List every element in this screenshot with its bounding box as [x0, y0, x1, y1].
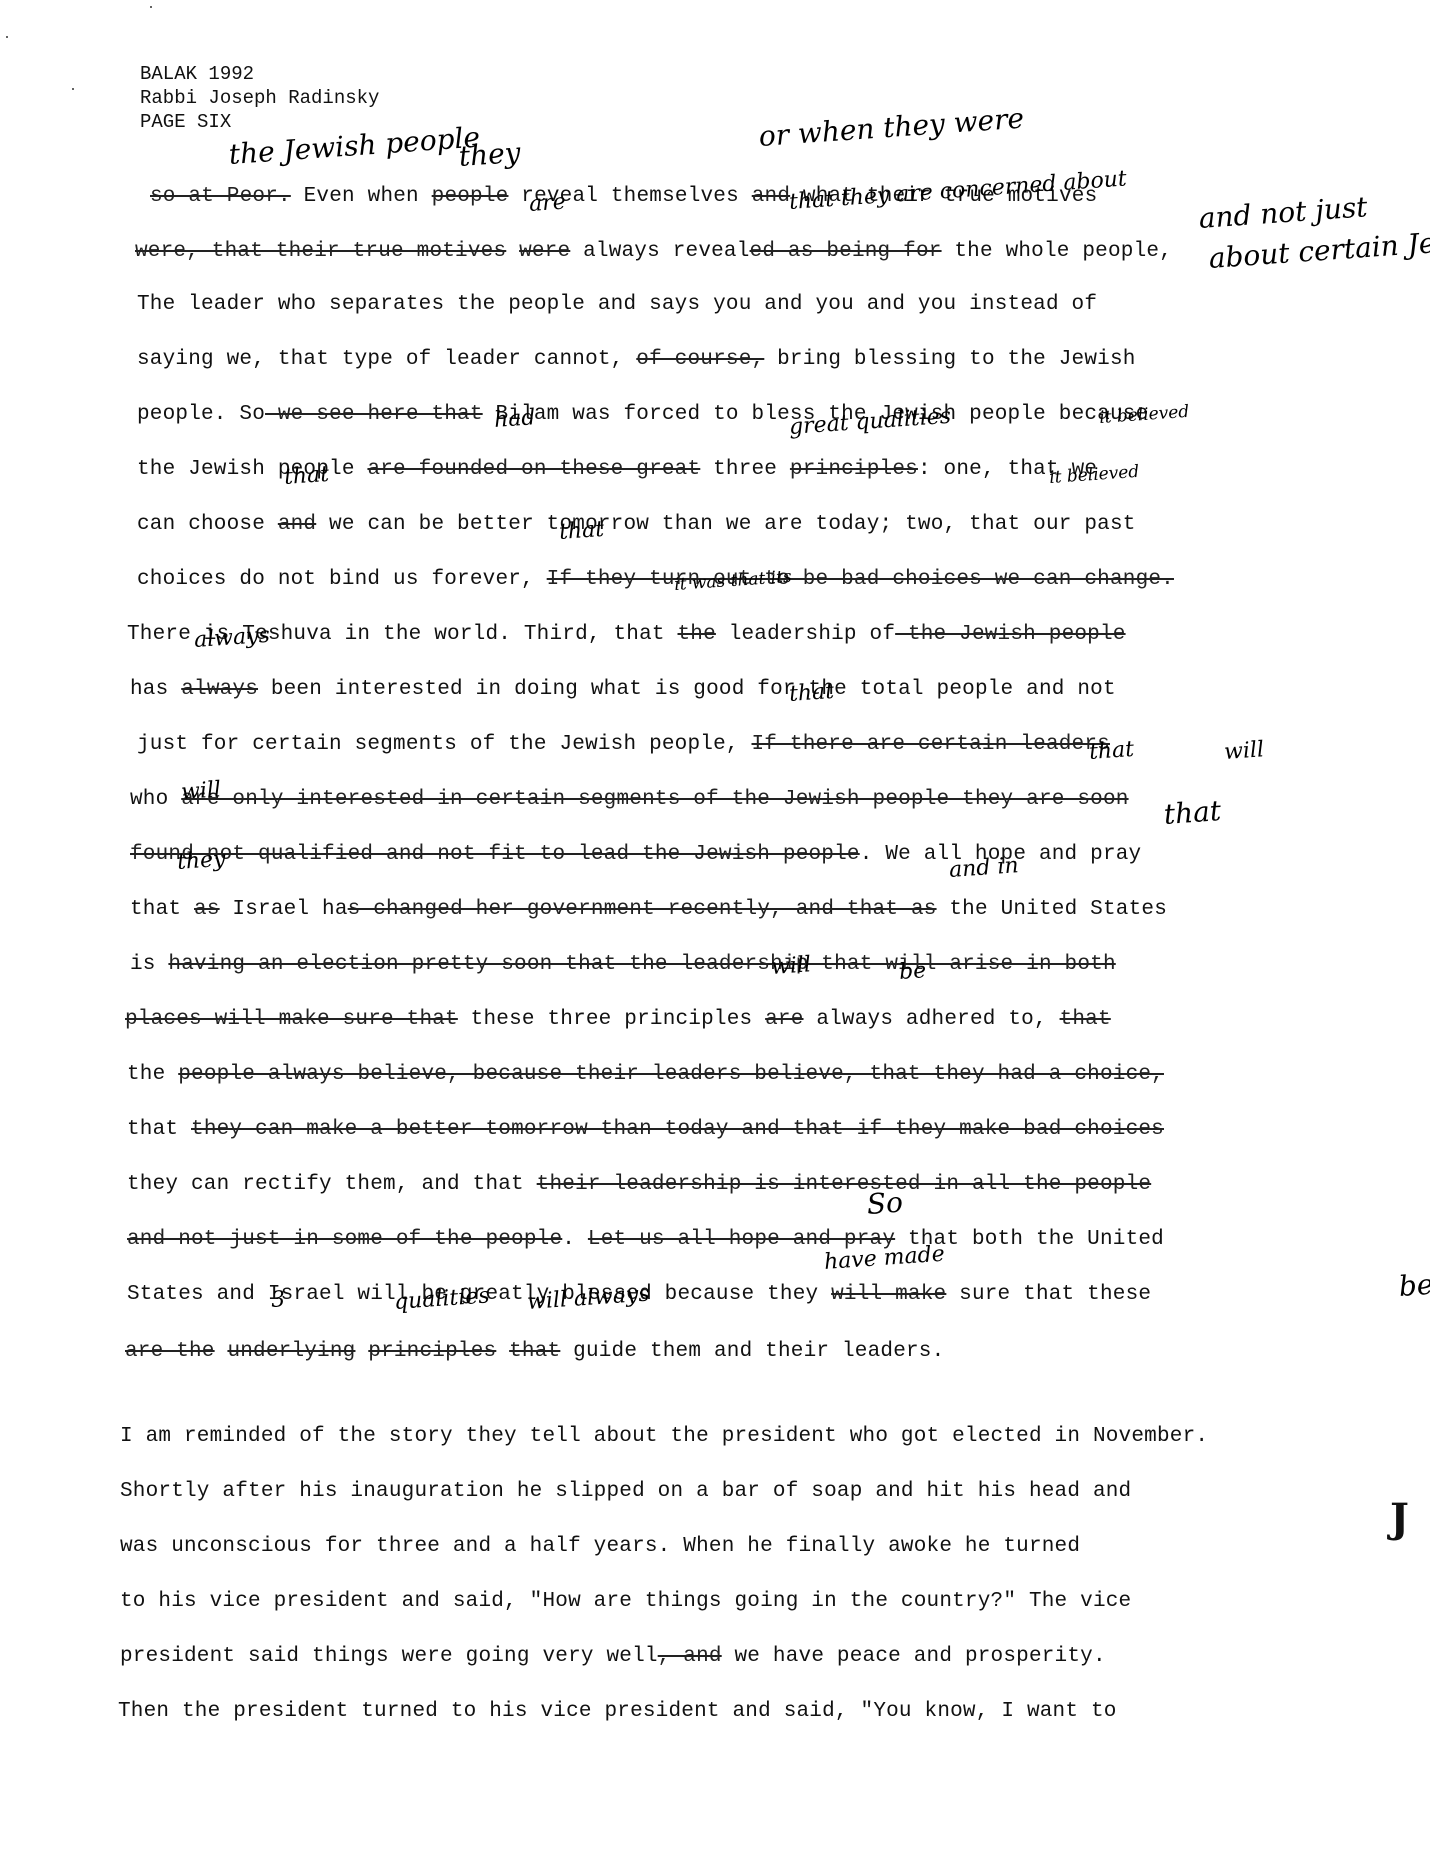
handwritten-note: will: [770, 952, 812, 980]
struck-text: underlying: [227, 1340, 355, 1363]
typed-text: always reveal: [570, 240, 749, 263]
typed-text: The leader who separates the people and …: [137, 293, 1097, 316]
handwritten-note: had: [493, 405, 536, 433]
typed-text: the Jewish people: [137, 458, 367, 481]
handwritten-note: So: [866, 1186, 904, 1221]
typed-text: who: [130, 788, 181, 811]
struck-text: ed as being for: [750, 240, 942, 263]
text-line: the people always believe, because their…: [127, 1063, 1164, 1086]
text-line: saying we, that type of leader cannot, o…: [137, 348, 1136, 371]
handwritten-note: that: [1088, 737, 1135, 765]
typed-text: [496, 1340, 509, 1363]
typed-text: choices do not bind us forever,: [137, 568, 547, 591]
text-line: has always been interested in doing what…: [130, 678, 1116, 701]
text-line: just for certain segments of the Jewish …: [137, 733, 1110, 756]
struck-text: s changed her government recently, and t…: [348, 898, 937, 921]
typed-text: Shortly after his inauguration he slippe…: [120, 1480, 1131, 1503]
typed-text: bring blessing to the Jewish: [764, 348, 1135, 371]
text-line: president said things were going very we…: [120, 1645, 1106, 1668]
typed-text: always adhered to,: [804, 1008, 1060, 1031]
typed-text: guide them and their leaders.: [560, 1340, 944, 1363]
struck-text: and not just in some of the people: [127, 1228, 562, 1251]
handwritten-note: qualities: [393, 1283, 490, 1315]
struck-text: found not qualified and not fit to lead …: [130, 843, 860, 866]
struck-text: we see here that: [265, 403, 483, 426]
text-line: places will make sure that these three p…: [125, 1008, 1111, 1031]
typed-text: president said things were going very we…: [120, 1645, 658, 1668]
typed-text: the: [127, 1063, 178, 1086]
struck-text: always: [181, 678, 258, 701]
typed-text: .: [562, 1228, 588, 1251]
text-line: can choose and we can be better tomorrow…: [137, 513, 1136, 536]
struck-text: places will make sure that: [125, 1008, 458, 1031]
text-line: and not just in some of the people. Let …: [127, 1228, 1164, 1251]
typed-text: just for certain segments of the Jewish …: [137, 733, 752, 756]
text-line: There is Teshuva in the world. Third, th…: [127, 623, 1126, 646]
struck-text: the Jewish people: [895, 623, 1125, 646]
handwritten-note: and not just: [1198, 190, 1369, 235]
struck-text: having an election pretty soon that the …: [168, 953, 1115, 976]
typed-text: saying we, that type of leader cannot,: [137, 348, 636, 371]
typed-text: that: [127, 1118, 191, 1141]
typed-text: been interested in doing what is good fo…: [258, 678, 1116, 701]
handwritten-note: always: [193, 623, 270, 653]
typed-text: these three principles: [458, 1008, 765, 1031]
struck-text: of course,: [636, 348, 764, 371]
text-line: people. So we see here that Bilam was fo…: [137, 403, 1148, 426]
text-line: were, that their true motives were alway…: [135, 240, 1172, 263]
struck-text: that: [509, 1340, 560, 1363]
typed-text: Then the president turned to his vice pr…: [118, 1700, 1117, 1723]
handwritten-note: and in: [948, 853, 1019, 883]
text-line: Shortly after his inauguration he slippe…: [120, 1480, 1131, 1503]
struck-text: , and: [658, 1645, 722, 1668]
struck-text: If there are certain leaders: [752, 733, 1110, 756]
text-line: are the underlying principles that guide…: [125, 1340, 944, 1363]
handwritten-note: will: [1223, 737, 1265, 765]
handwritten-note: 3: [270, 1287, 286, 1313]
handwritten-note: be: [898, 958, 927, 985]
author-name: Rabbi Joseph Radinsky: [140, 86, 379, 110]
struck-text: are founded on these great: [367, 458, 700, 481]
handwritten-note: that: [1163, 794, 1222, 831]
text-line: who are only interested in certain segme…: [130, 788, 1129, 811]
struck-text: are only interested in certain segments …: [181, 788, 1128, 811]
struck-text: were: [519, 240, 570, 263]
struck-text: If they turn out to be bad choices we ca…: [547, 568, 1174, 591]
text-line: The leader who separates the people and …: [137, 293, 1097, 316]
struck-text: people: [432, 185, 509, 208]
struck-text: so at Peor.: [150, 185, 291, 208]
typed-text: that: [130, 898, 194, 921]
typed-text: has: [130, 678, 181, 701]
typed-text: can choose: [137, 513, 278, 536]
text-line: Then the president turned to his vice pr…: [118, 1700, 1117, 1723]
typed-text: leadership of: [716, 623, 895, 646]
typed-text: was unconscious for three and a half yea…: [120, 1535, 1080, 1558]
struck-text: will make: [831, 1283, 946, 1306]
struck-text: their leadership is interested in all th…: [537, 1173, 1152, 1196]
struck-text: are: [765, 1008, 803, 1031]
typed-text: Israel ha: [220, 898, 348, 921]
typed-text: we can be better tomorrow than we are to…: [316, 513, 1135, 536]
struck-text: the: [678, 623, 716, 646]
handwritten-note: be: [1398, 1268, 1430, 1303]
text-line: they can rectify them, and that their le…: [127, 1173, 1151, 1196]
typed-text: I am reminded of the story they tell abo…: [120, 1425, 1208, 1448]
handwritten-note: they: [176, 847, 226, 875]
handwritten-note: that: [558, 517, 605, 545]
scan-speck: [150, 6, 152, 8]
struck-text: people always believe, because their lea…: [178, 1063, 1164, 1086]
struck-text: are the: [125, 1340, 215, 1363]
handwritten-note: or when they were: [758, 102, 1025, 153]
typed-text: [506, 240, 519, 263]
struck-text: and: [752, 185, 790, 208]
typed-text: is: [130, 953, 168, 976]
typed-text: three: [700, 458, 790, 481]
text-line: to his vice president and said, "How are…: [120, 1590, 1131, 1613]
handwritten-note: will: [180, 777, 222, 805]
text-line: that they can make a better tomorrow tha…: [127, 1118, 1164, 1141]
typed-text: Even when: [291, 185, 432, 208]
struck-text: and: [278, 513, 316, 536]
typed-text: sure that these: [946, 1283, 1151, 1306]
text-line: was unconscious for three and a half yea…: [120, 1535, 1080, 1558]
struck-text: were, that their true motives: [135, 240, 506, 263]
text-line: the Jewish people are founded on these g…: [137, 458, 1097, 481]
typed-text: we have peace and prosperity.: [722, 1645, 1106, 1668]
sermon-title: BALAK 1992: [140, 62, 379, 86]
typed-text: they can rectify them, and that: [127, 1173, 537, 1196]
handwritten-note: that: [283, 462, 330, 490]
document-page: BALAK 1992 Rabbi Joseph Radinsky PAGE SI…: [0, 0, 1430, 1851]
document-header: BALAK 1992 Rabbi Joseph Radinsky PAGE SI…: [140, 62, 379, 134]
scan-speck: [72, 88, 74, 90]
typed-text: the United States: [937, 898, 1167, 921]
typed-text: to his vice president and said, "How are…: [120, 1590, 1131, 1613]
margin-mark: J: [1390, 1495, 1409, 1542]
text-line: is having an election pretty soon that t…: [130, 953, 1116, 976]
handwritten-note: are: [528, 190, 566, 217]
typed-text: the whole people,: [942, 240, 1172, 263]
typed-text: [355, 1340, 368, 1363]
handwritten-note: that: [788, 679, 835, 707]
typed-text: people. So: [137, 403, 265, 426]
handwritten-note: they: [458, 136, 522, 173]
typed-text: [215, 1340, 228, 1363]
text-line: choices do not bind us forever, If they …: [137, 568, 1174, 591]
text-line: that as Israel has changed her governmen…: [130, 898, 1167, 921]
struck-text: that: [1060, 1008, 1111, 1031]
struck-text: principles: [368, 1340, 496, 1363]
struck-text: principles: [790, 458, 918, 481]
text-line: I am reminded of the story they tell abo…: [120, 1425, 1208, 1448]
scan-speck: [6, 36, 8, 38]
struck-text: as: [194, 898, 220, 921]
struck-text: they can make a better tomorrow than tod…: [191, 1118, 1164, 1141]
